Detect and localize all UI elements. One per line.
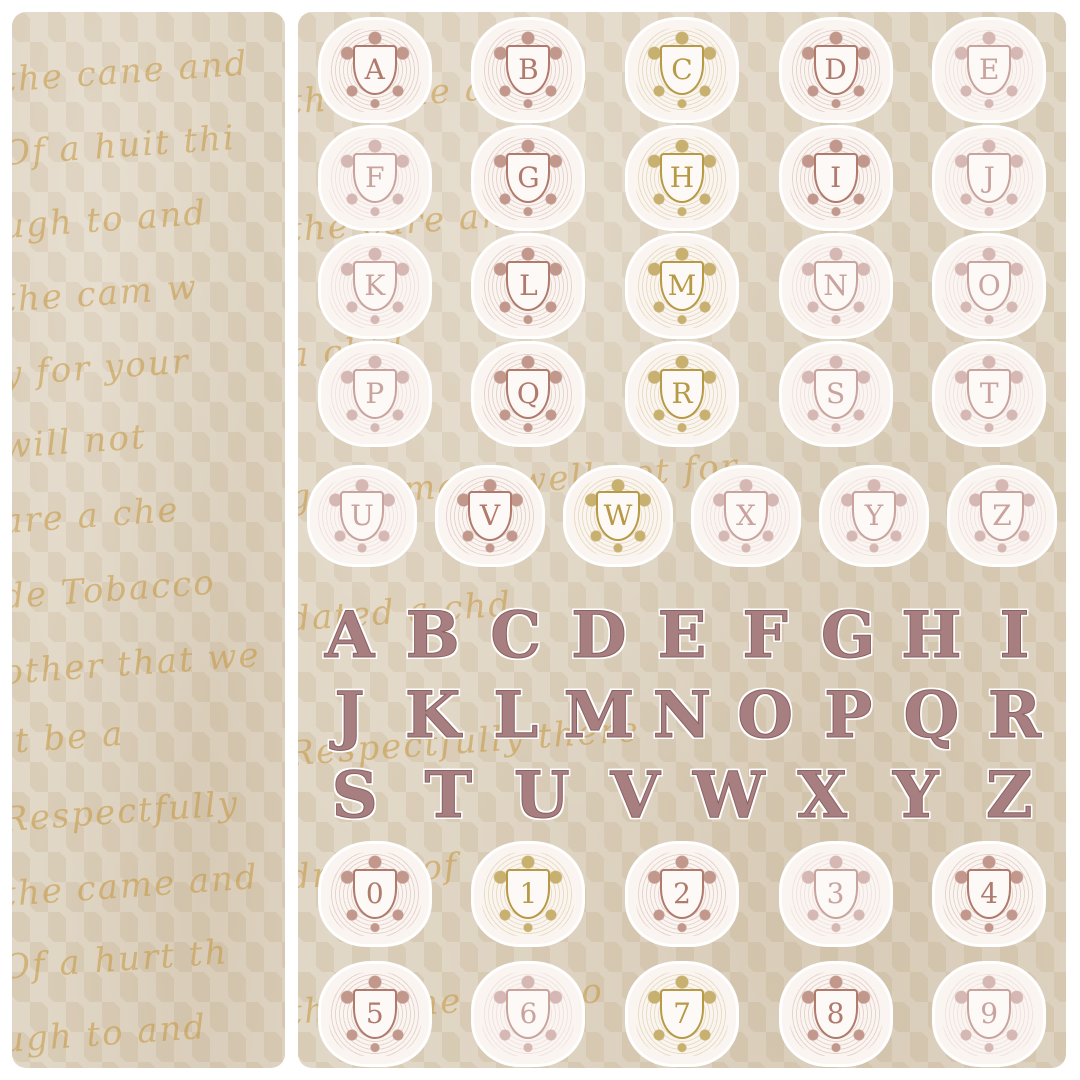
crest-number-stickers-row-1: 01234 [298,844,1066,944]
monogram-glyph: 9 [980,1000,998,1028]
crest-sticker-y: Y [822,468,926,564]
monogram-glyph: P [365,380,384,408]
crest-sticker-l: L [474,236,582,336]
alphabet-stickers-row-3: STUVWXYZ [308,760,1056,832]
crest-sticker-m: M [628,236,736,336]
monogram-glyph: F [365,164,384,192]
letter-sticker-t: T [402,760,496,832]
letter-sticker-c: C [474,600,557,672]
monogram-glyph: T [980,380,999,408]
letter-sticker-l: L [474,680,557,752]
monogram-glyph: I [830,164,841,192]
monogram-glyph: H [670,164,694,192]
monogram-glyph: 5 [366,1000,384,1028]
handwritten-script-line: de Tobacco [12,563,217,618]
crest-letter-stickers: ABCDEFGHIJKLMNOPQRST [298,20,1066,444]
letter-sticker-j: J [308,680,391,752]
monogram-glyph: U [350,502,374,530]
handwritten-script-line: it be a [12,714,126,762]
number-crest-sticker-5: 5 [321,964,429,1064]
letter-sticker-i: I [973,600,1056,672]
letter-sticker-a: A [308,600,391,672]
letter-sticker-w: W [682,760,776,832]
monogram-glyph: D [824,56,846,84]
monogram-glyph: W [604,502,633,530]
letter-sticker-y: Y [869,760,963,832]
crest-sticker-j: J [935,128,1043,228]
crest-sticker-r: R [628,344,736,444]
letter-sticker-r: R [973,680,1056,752]
handwritten-script-line: the came and [12,857,260,915]
letter-sticker-k: K [391,680,474,752]
monogram-glyph: B [518,56,539,84]
number-crest-sticker-7: 7 [628,964,736,1064]
handwritten-script-line: are a che [12,490,181,542]
number-crest-sticker-3: 3 [782,844,890,944]
monogram-glyph: E [979,56,999,84]
monogram-glyph: 2 [673,880,691,908]
monogram-glyph: 7 [673,1000,691,1028]
monogram-glyph: V [480,502,500,530]
letter-sticker-o: O [724,680,807,752]
alphabet-stickers-row-1: ABCDEFGHI [308,600,1056,672]
monogram-glyph: A [365,56,385,84]
monogram-glyph: 6 [519,1000,537,1028]
monogram-glyph: L [519,272,538,300]
number-crest-sticker-6: 6 [474,964,582,1064]
crest-sticker-n: N [782,236,890,336]
monogram-glyph: 4 [980,880,998,908]
letter-sticker-h: H [890,600,973,672]
letter-sticker-f: F [724,600,807,672]
monogram-glyph: J [984,164,995,192]
letter-sticker-z: Z [963,760,1057,832]
background-paper-sheet: the cane andOf a huit thiugh to andthe c… [12,12,285,1068]
letter-sticker-e: E [640,600,723,672]
crest-sticker-a: A [321,20,429,120]
number-crest-sticker-2: 2 [628,844,736,944]
handwritten-script-line: Of a huit thi [12,118,237,174]
handwritten-script-line: Of a hurt th [12,932,230,988]
alphabet-stickers-row-2: JKLMNOPQR [308,680,1056,752]
monogram-glyph: 1 [519,880,537,908]
crest-sticker-v: V [438,468,542,564]
monogram-glyph: R [671,380,692,408]
crest-sticker-s: S [782,344,890,444]
monogram-glyph: M [668,272,697,300]
handwritten-script-line: ugh to and [12,1007,208,1061]
crest-sticker-f: F [321,128,429,228]
gold-script-overlay: the cane andOf a huit thiugh to andthe c… [12,12,285,1068]
crest-sticker-w: W [566,468,670,564]
crest-sticker-d: D [782,20,890,120]
crest-sticker-g: G [474,128,582,228]
crest-sticker-i: I [782,128,890,228]
monogram-sticker-sheet: the cane and sothe care anda chidgreat m… [298,12,1066,1068]
letter-sticker-b: B [391,600,474,672]
handwritten-script-line: y for your [12,341,191,394]
monogram-glyph: Q [517,380,540,408]
crest-sticker-h: H [628,128,736,228]
handwritten-script-line: the cam w [12,267,199,321]
crest-sticker-u: U [310,468,414,564]
monogram-glyph: G [517,164,539,192]
crest-sticker-x: X [694,468,798,564]
crest-number-stickers-row-2: 56789 [298,964,1066,1064]
handwritten-script-line: will not [12,417,148,467]
crest-sticker-k: K [321,236,429,336]
monogram-glyph: X [736,502,756,530]
monogram-glyph: C [671,56,692,84]
letter-sticker-n: N [640,680,723,752]
number-crest-sticker-0: 0 [321,844,429,944]
letter-sticker-u: U [495,760,589,832]
letter-sticker-s: S [308,760,402,832]
monogram-glyph: K [364,272,385,300]
crest-sticker-z: Z [950,468,1054,564]
monogram-glyph: Z [992,502,1011,530]
number-crest-sticker-1: 1 [474,844,582,944]
letter-sticker-d: D [557,600,640,672]
letter-sticker-g: G [807,600,890,672]
crest-sticker-e: E [935,20,1043,120]
crest-letter-stickers-u-z: UVWXYZ [298,468,1066,564]
handwritten-script-line: the cane and [12,43,250,100]
crest-sticker-t: T [935,344,1043,444]
crest-sticker-p: P [321,344,429,444]
monogram-glyph: 8 [827,1000,845,1028]
monogram-glyph: 3 [827,880,845,908]
crest-sticker-b: B [474,20,582,120]
handwritten-script-line: Respectfully [12,784,240,840]
monogram-glyph: 0 [366,880,384,908]
crest-sticker-o: O [935,236,1043,336]
number-crest-sticker-9: 9 [935,964,1043,1064]
monogram-glyph: O [978,272,1001,300]
number-crest-sticker-8: 8 [782,964,890,1064]
letter-sticker-x: X [776,760,870,832]
number-crest-sticker-4: 4 [935,844,1043,944]
handwritten-script-line: ugh to and [12,193,208,247]
letter-sticker-p: P [807,680,890,752]
letter-sticker-v: V [589,760,683,832]
letter-sticker-m: M [557,680,640,752]
monogram-glyph: N [823,272,848,300]
handwritten-script-line: other that we [12,635,262,693]
monogram-glyph: S [826,380,845,408]
crest-sticker-c: C [628,20,736,120]
letter-sticker-q: Q [890,680,973,752]
crest-sticker-q: Q [474,344,582,444]
monogram-glyph: Y [865,502,883,530]
